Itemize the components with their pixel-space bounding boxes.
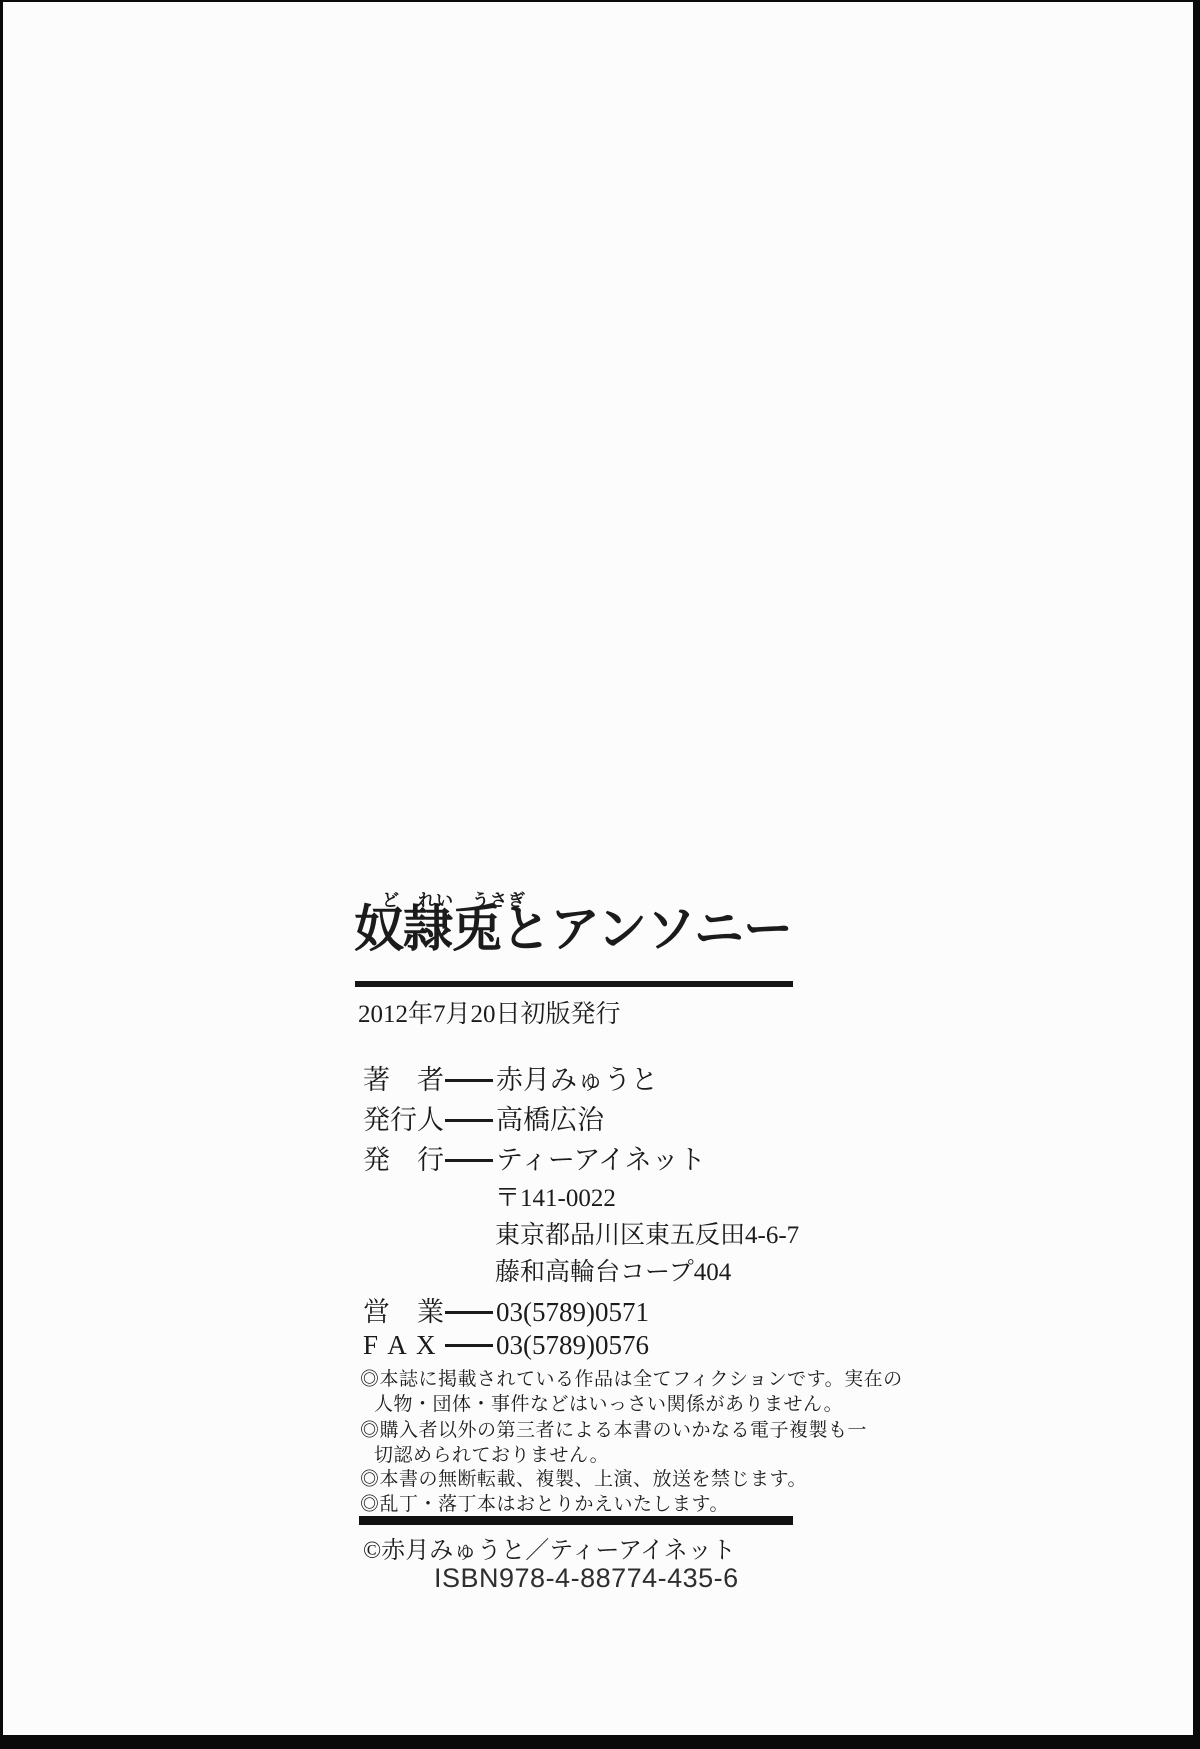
notice-line: ◎購入者以外の第三者による本書のいかなる電子複製も一	[360, 1415, 867, 1442]
dash-connector	[445, 1311, 493, 1314]
notice-line: 人物・団体・事件などはいっさい関係がありません。	[374, 1389, 843, 1416]
credit-label: 著 者	[363, 1058, 445, 1097]
contact-value: 03(5789)0571	[496, 1297, 649, 1327]
credit-row-publisher-person: 発行人高橋広治	[363, 1098, 604, 1137]
contact-label: 営 業	[363, 1290, 445, 1329]
notice-line: ◎本誌に掲載されている作品は全てフィクションです。実在の	[360, 1364, 903, 1391]
dash-connector	[445, 1344, 493, 1347]
credit-value: ティーアイネット	[496, 1145, 706, 1175]
contact-row-sales: 営 業03(5789)0571	[363, 1290, 649, 1329]
page-sheet: ど れい うさぎ 奴隷兎とアンソニー 2012年7月20日初版発行 著 者赤月み…	[3, 2, 1193, 1735]
copyright-line: ©赤月みゅうと／ティーアイネット	[363, 1530, 736, 1565]
postal-code: 〒141-0022	[495, 1178, 616, 1214]
title-rule	[355, 981, 793, 987]
isbn-number: ISBN978-4-88774-435-6	[434, 1563, 739, 1594]
dash-connector	[445, 1159, 493, 1162]
credit-label: 発 行	[363, 1138, 445, 1177]
dash-connector	[445, 1079, 493, 1082]
credit-value: 赤月みゅうと	[496, 1065, 658, 1095]
contact-value: 03(5789)0576	[496, 1330, 649, 1360]
credit-row-publisher: 発 行ティーアイネット	[363, 1138, 706, 1177]
footer-rule	[359, 1516, 793, 1525]
notice-line: ◎本書の無断転載、複製、上演、放送を禁じます。	[360, 1464, 807, 1491]
dash-connector	[445, 1119, 493, 1122]
credit-label: 発行人	[363, 1098, 445, 1137]
address-line-1: 東京都品川区東五反田4-6-7	[495, 1215, 799, 1251]
notice-line: 切認められておりません。	[374, 1440, 609, 1467]
contact-label: F A X	[363, 1330, 445, 1361]
address-line-2: 藤和高輪台コープ404	[495, 1252, 731, 1288]
contact-row-fax: F A X03(5789)0576	[363, 1330, 649, 1361]
notice-line: ◎乱丁・落丁本はおとりかえいたします。	[360, 1489, 729, 1516]
credit-value: 高橋広治	[496, 1105, 604, 1135]
credit-row-author: 著 者赤月みゅうと	[363, 1058, 658, 1097]
edition-date: 2012年7月20日初版発行	[358, 994, 621, 1030]
book-title: 奴隷兎とアンソニー	[354, 901, 792, 959]
